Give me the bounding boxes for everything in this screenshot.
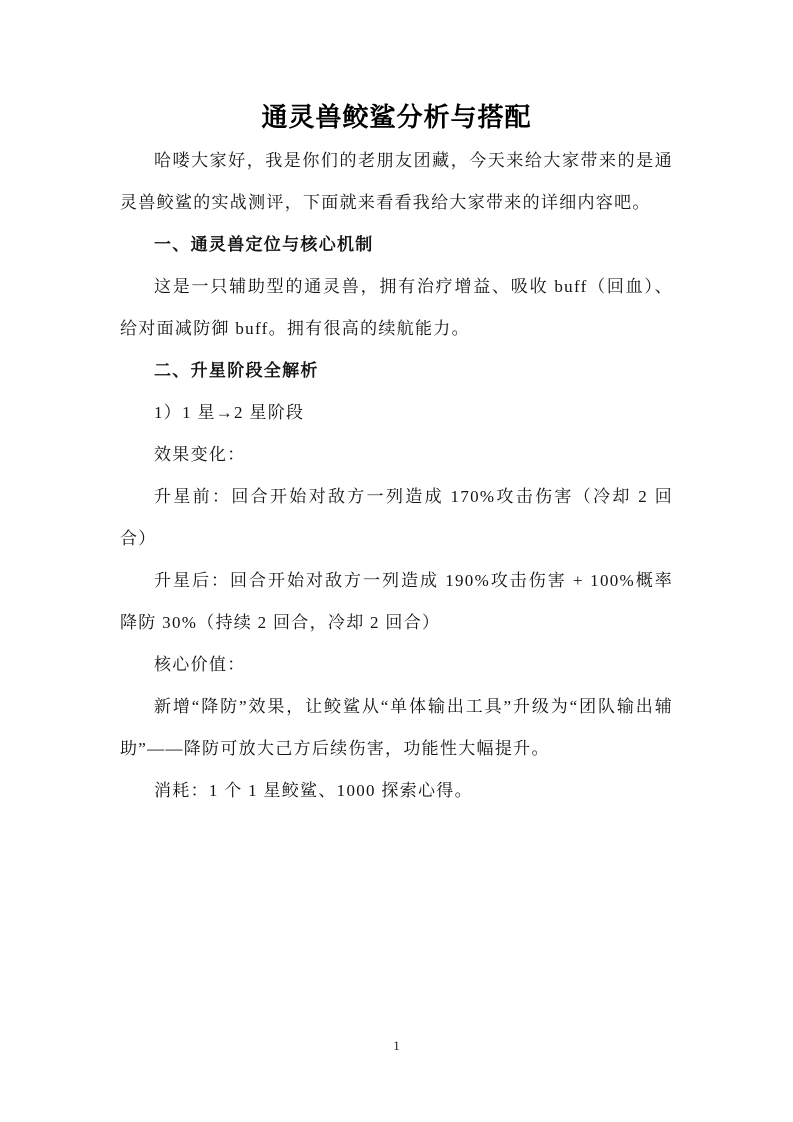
paragraph-after-upgrade: 升星后：回合开始对敌方一列造成 190%攻击伤害 + 100%概率降防 30%（… — [120, 560, 673, 644]
paragraph-before-upgrade: 升星前：回合开始对敌方一列造成 170%攻击伤害（冷却 2 回合） — [120, 476, 673, 560]
paragraph-intro: 哈喽大家好，我是你们的老朋友团藏，今天来给大家带来的是通灵兽鲛鲨的实战测评，下面… — [120, 140, 673, 224]
page-number: 1 — [0, 1036, 793, 1056]
line-stage-1-to-2: 1）1 星→2 星阶段 — [120, 392, 673, 434]
paragraph-core-value: 新增“降防”效果，让鲛鲨从“单体输出工具”升级为“团队输出辅助”——降防可放大己… — [120, 686, 673, 770]
heading-section-2: 二、升星阶段全解析 — [120, 350, 673, 392]
paragraph-cost: 消耗：1 个 1 星鲛鲨、1000 探索心得。 — [120, 770, 673, 812]
doc-title: 通灵兽鲛鲨分析与搭配 — [120, 96, 673, 140]
line-effect-change-label: 效果变化： — [120, 434, 673, 476]
line-core-value-label: 核心价值： — [120, 644, 673, 686]
paragraph-positioning: 这是一只辅助型的通灵兽，拥有治疗增益、吸收 buff（回血）、给对面减防御 bu… — [120, 266, 673, 350]
document-page: 通灵兽鲛鲨分析与搭配 哈喽大家好，我是你们的老朋友团藏，今天来给大家带来的是通灵… — [0, 0, 793, 1122]
heading-section-1: 一、通灵兽定位与核心机制 — [120, 224, 673, 266]
